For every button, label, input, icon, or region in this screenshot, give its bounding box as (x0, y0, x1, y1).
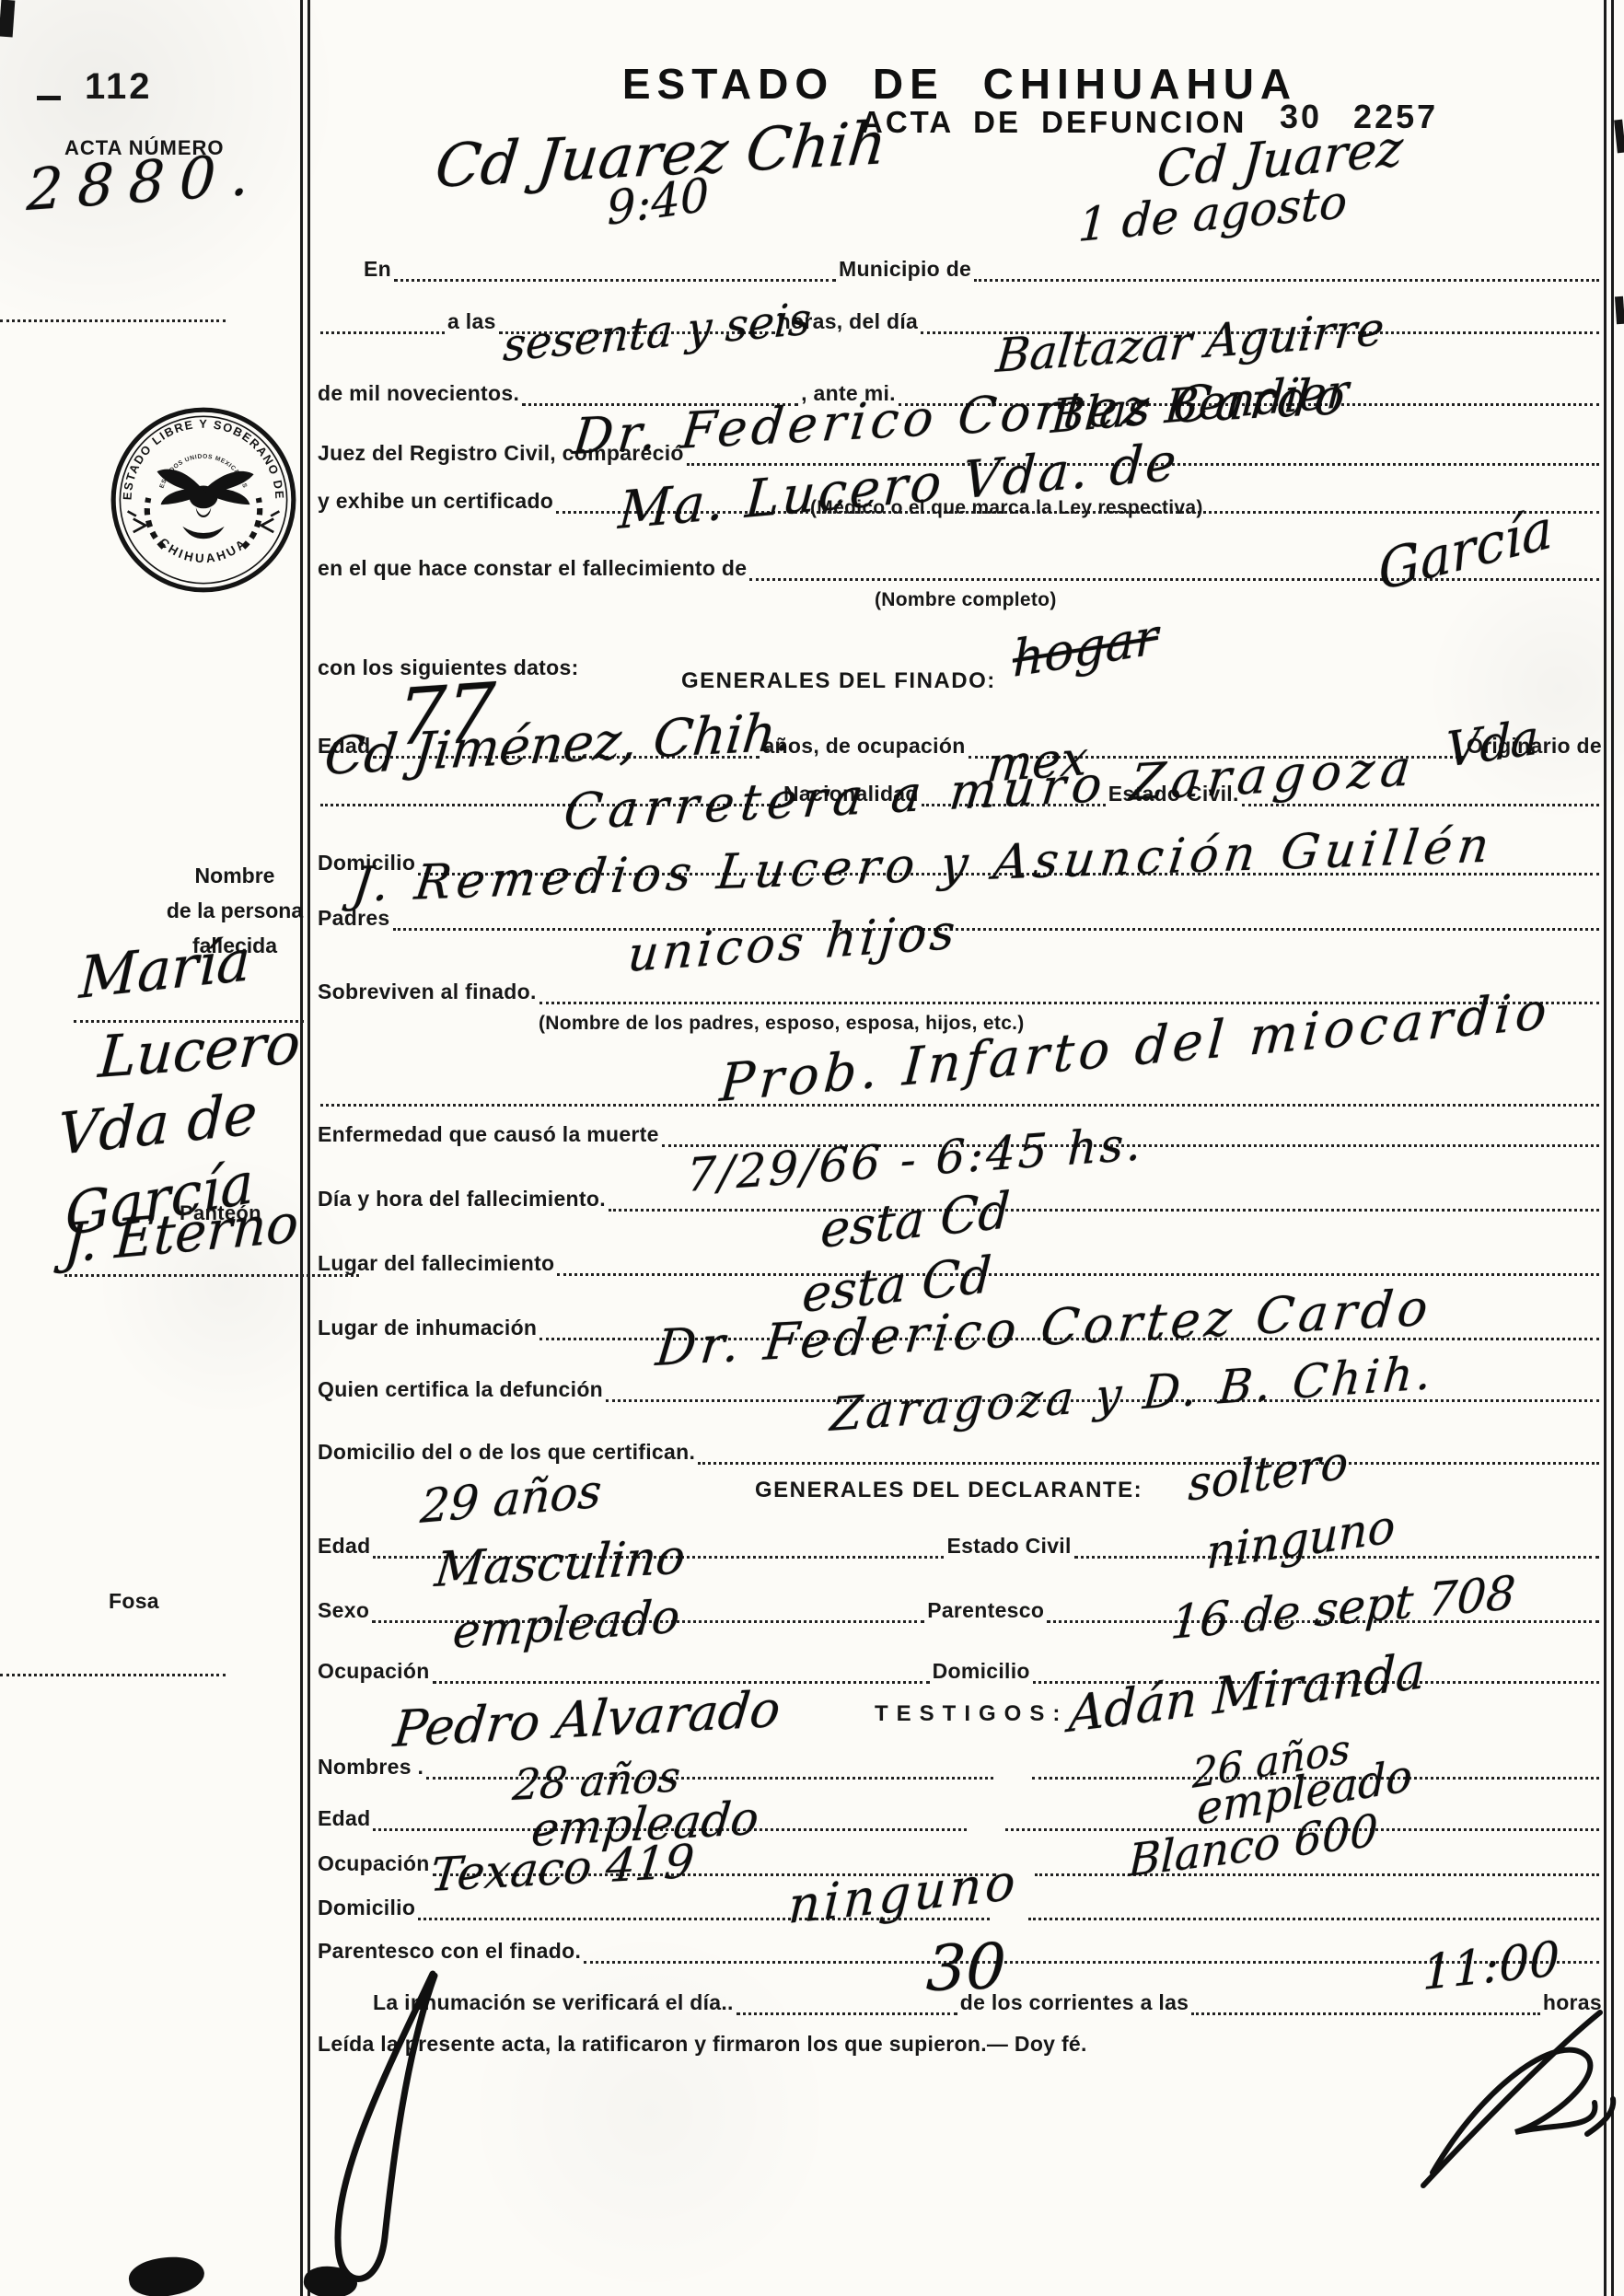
municipio-label: Municipio de (839, 256, 971, 282)
dotted-line (557, 1266, 1599, 1276)
svg-text:CHIHUAHUA: CHIHUAHUA (157, 535, 250, 565)
handwritten-testigo1-nombre: Pedro Alvarado (391, 1685, 783, 1755)
testigos-title: TESTIGOS: (875, 1701, 1068, 1727)
handwritten-originario: Cd Jiménez, Chih. (322, 707, 795, 783)
handwritten-ocupacion-finado: hogar (1013, 611, 1158, 685)
novecientos-label: de mil novecientos. (318, 380, 519, 406)
handwritten-ocupacion-declarante: empleado (451, 1593, 681, 1655)
right-border-line-inner (1604, 0, 1607, 2296)
dotted-line (426, 1769, 993, 1780)
scan-artifact (37, 96, 61, 100)
dotted-line (320, 1096, 1599, 1107)
parentesco-finado-label: Parentesco con el finado. (318, 1938, 581, 1964)
parentesco-label: Parentesco (927, 1597, 1044, 1623)
handwritten-acta-numero: 2880. (26, 145, 264, 219)
sobreviven-label: Sobreviven al finado. (318, 979, 537, 1004)
state-seal: ESTADO LIBRE Y SOBERANO DE CHIHUAHUA EST… (109, 405, 298, 595)
domicilio-certifican-label: Domicilio del o de los que certifican. (318, 1439, 695, 1465)
signature-judge (1407, 1996, 1620, 2198)
certifica-label: Quien certifica la defunción (318, 1376, 603, 1402)
handwritten-hora: 9:40 (606, 171, 710, 232)
ocupacion-label: años, de ocupación (762, 733, 965, 759)
handwritten-parentesco-declarante: ninguno (1206, 1503, 1396, 1576)
dotted-line (393, 921, 1599, 931)
left-border-line-inner (307, 0, 310, 2296)
dotted-line (64, 1274, 359, 1277)
dotted-line (394, 272, 836, 282)
en-label: En (364, 256, 391, 282)
dotted-line (320, 324, 445, 334)
enfermedad-label: Enfermedad que causó la muerte (318, 1121, 659, 1147)
eagle-emblem (157, 470, 254, 539)
handwritten-domicilio-declarante: 16 de sept 708 (1169, 1570, 1517, 1646)
signature-flourish-left (295, 1970, 460, 2296)
handwritten-deceased-name-1: María (78, 932, 251, 1007)
generales-finado-title: GENERALES DEL FINADO: (681, 668, 996, 694)
edad-declarante-label: Edad (318, 1533, 370, 1559)
scan-artifact (1615, 296, 1624, 325)
lugar-inhumacion-label: Lugar de inhumación (318, 1315, 537, 1340)
dotted-line (974, 272, 1599, 282)
handwritten-inhumacion-hora: 11:00 (1422, 1935, 1560, 1998)
dotted-line (0, 1674, 226, 1676)
field-row-en: En Municipio de (364, 250, 1602, 282)
handwritten-nombre-fallecido-2: García (1376, 502, 1555, 598)
a-las-label: a las (447, 308, 496, 334)
testigo-domicilio-label: Domicilio (318, 1895, 415, 1920)
generales-declarante-title: GENERALES DEL DECLARANTE: (755, 1478, 1143, 1503)
fallecimiento-label: en el que hace constar el fallecimiento … (318, 555, 747, 581)
dotted-line (1035, 1866, 1599, 1876)
handwritten-estado-civil-finado: Vda (1445, 713, 1539, 775)
handwritten-edad-declarante: 29 años (419, 1467, 603, 1530)
sobreviven-note: (Nombre de los padres, esposo, esposa, h… (539, 1013, 1025, 1035)
fosa-label: Fosa (109, 1589, 159, 1614)
testigo-ocupacion-label: Ocupación (318, 1850, 430, 1876)
lugar-fallecimiento-label: Lugar del fallecimiento (318, 1250, 554, 1276)
handwritten-dia: 1 de agosto (1077, 179, 1348, 249)
dotted-line (698, 1455, 1599, 1465)
scan-artifact (0, 0, 15, 37)
handwritten-inhumacion-dia: 30 (925, 1936, 1007, 2001)
certificado-label: y exhibe un certificado (318, 488, 553, 514)
handwritten-deceased-name-2: Lucero (97, 1015, 302, 1086)
seal-bottom-text: CHIHUAHUA (157, 535, 250, 565)
dia-hora-label: Día y hora del fallecimiento. (318, 1186, 606, 1212)
page-number: 112 (85, 66, 153, 108)
left-border-line-outer (300, 0, 303, 2296)
scan-artifact (1614, 120, 1624, 154)
testigo-nombres-label: Nombres . (318, 1754, 423, 1780)
death-certificate-page: 112 ACTA NÚMERO 2880. ESTADO LIBRE Y SOB… (0, 0, 1624, 2296)
document-subtitle: ACTA DE DEFUNCION (861, 105, 1247, 140)
dotted-line (609, 1201, 1599, 1212)
nombre-completo-note: (Nombre completo) (875, 589, 1057, 611)
domicilio-declarante-label: Domicilio (933, 1658, 1030, 1684)
ink-blot (126, 2252, 207, 2296)
testigo-edad-label: Edad (318, 1805, 370, 1831)
dotted-line (0, 319, 226, 322)
field-row-domicilio-certifican: Domicilio del o de los que certifican. (318, 1433, 1602, 1465)
handwritten-sexo: Masculino (433, 1533, 688, 1594)
dotted-line (1028, 1910, 1599, 1920)
dotted-line (433, 1674, 930, 1684)
estado-civil-declarante-label: Estado Civil (946, 1533, 1071, 1559)
ocupacion-declarante-label: Ocupación (318, 1658, 430, 1684)
right-border-line-outer (1611, 0, 1614, 2296)
handwritten-padres: J. Remedios Lucero y Asunción Guillén (350, 821, 1497, 910)
sexo-label: Sexo (318, 1597, 369, 1623)
dotted-line (737, 2005, 957, 2015)
handwritten-testigo1-domicilio: Texaco 419 (428, 1838, 696, 1898)
